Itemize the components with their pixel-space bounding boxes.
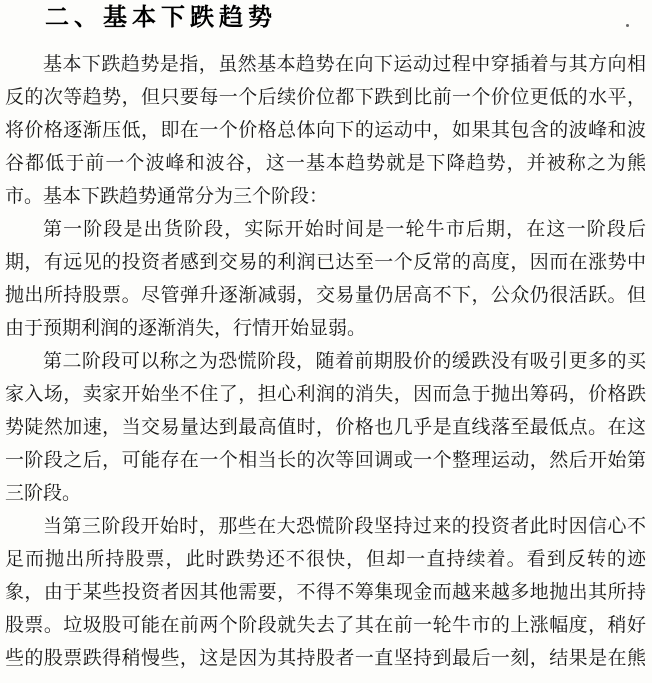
text-line: 股票。垃圾股可能在前两个阶段就失去了其在前一轮牛市的上涨幅度，稍好 <box>5 609 646 642</box>
page-title: 二、基本下跌趋势 <box>0 0 652 33</box>
text-line: 第一阶段是出货阶段，实际开始时间是一轮牛市后期，在这一阶段后 <box>5 213 646 246</box>
text-line: 期，有远见的投资者感到交易的利润已达至一个反常的高度，因而在涨势中 <box>5 246 646 279</box>
text-line: 基本下跌趋势是指，虽然基本趋势在向下运动过程中穿插着与其方向相 <box>5 48 646 81</box>
text-line: 由于预期利润的逐渐消失，行情开始显弱。 <box>5 312 646 345</box>
text-line: 将价格逐渐压低，即在一个价格总体向下的运动中，如果其包含的波峰和波 <box>5 114 646 147</box>
text-line: 三阶段。 <box>5 477 646 510</box>
text-line: 家入场，卖家开始坐不住了，担心利润的消失，因而急于抛出筹码，价格跌 <box>5 378 646 411</box>
text-line: 当第三阶段开始时，那些在大恐慌阶段坚持过来的投资者此时因信心不 <box>5 510 646 543</box>
document-body: 基本下跌趋势是指，虽然基本趋势在向下运动过程中穿插着与其方向相 反的次等趋势，但… <box>0 48 652 675</box>
paragraph-phase-two: 第二阶段可以称之为恐慌阶段，随着前期股价的缓跌没有吸引更多的买 家入场，卖家开始… <box>5 345 646 510</box>
scan-artifact-dot <box>626 24 629 27</box>
text-line: 谷都低于前一个波峰和波谷，这一基本趋势就是下降趋势，并被称之为熊 <box>5 147 646 180</box>
text-line: 第二阶段可以称之为恐慌阶段，随着前期股价的缓跌没有吸引更多的买 <box>5 345 646 378</box>
text-line: 一阶段之后，可能存在一个相当长的次等回调或一个整理运动，然后开始第 <box>5 444 646 477</box>
text-line: 抛出所持股票。尽管弹升逐渐减弱，交易量仍居高不下，公众仍很活跃。但 <box>5 279 646 312</box>
text-line: 市。基本下跌趋势通常分为三个阶段： <box>5 180 646 213</box>
text-line: 势陡然加速，当交易量达到最高值时，价格也几乎是直线落至最低点。在这 <box>5 411 646 444</box>
paragraph-phase-one: 第一阶段是出货阶段，实际开始时间是一轮牛市后期，在这一阶段后 期，有远见的投资者… <box>5 213 646 345</box>
paragraph-phase-three: 当第三阶段开始时，那些在大恐慌阶段坚持过来的投资者此时因信心不 足而抛出所持股票… <box>5 510 646 675</box>
paragraph-definition: 基本下跌趋势是指，虽然基本趋势在向下运动过程中穿插着与其方向相 反的次等趋势，但… <box>5 48 646 213</box>
text-line: 足而抛出所持股票，此时跌势还不很快，但却一直持续着。看到反转的迹 <box>5 543 646 576</box>
text-line: 象，由于某些投资者因其他需要，不得不筹集现金而越来越多地抛出其所持 <box>5 576 646 609</box>
text-line: 反的次等趋势，但只要每一个后续价位都下跌到比前一个价位更低的水平， <box>5 81 646 114</box>
scanned-document-page: 二、基本下跌趋势 基本下跌趋势是指，虽然基本趋势在向下运动过程中穿插着与其方向相… <box>0 0 652 683</box>
text-line: 些的股票跌得稍慢些，这是因为其持股者一直坚持到最后一刻，结果是在熊 <box>5 642 646 675</box>
